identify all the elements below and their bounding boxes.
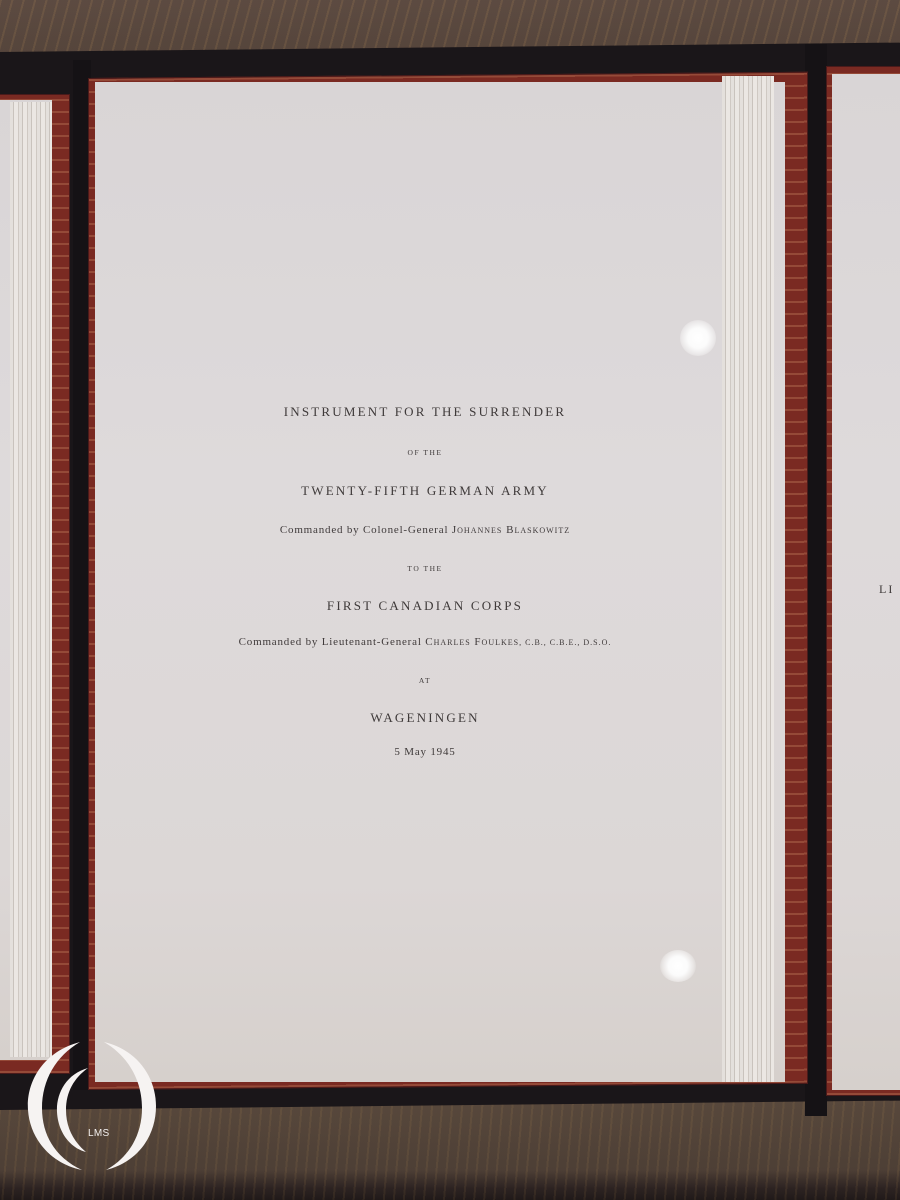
commander-2-line: Commanded by Lieutenant-General Charles … bbox=[120, 636, 730, 648]
army-name: TWENTY-FIFTH GERMAN ARMY bbox=[120, 483, 730, 499]
commander-1-line: Commanded by Colonel-General Johannes Bl… bbox=[120, 524, 730, 536]
to-the-label: TO THE bbox=[120, 564, 730, 573]
right-page-text-fragment: LI bbox=[879, 582, 894, 597]
document-title: INSTRUMENT FOR THE SURRENDER bbox=[120, 404, 730, 420]
document-date: 5 May 1945 bbox=[120, 746, 730, 758]
center-page-edges bbox=[722, 76, 774, 1082]
commander-2-honours: , c.b., c.b.e., d.s.o. bbox=[519, 638, 611, 647]
commander-1-name: Johannes Blaskowitz bbox=[452, 524, 570, 536]
commander-2-prefix: Commanded by Lieutenant-General bbox=[239, 636, 426, 648]
lms-crescent-logo-icon bbox=[22, 1038, 162, 1173]
corps-name: FIRST CANADIAN CORPS bbox=[120, 598, 730, 614]
light-glare-upper bbox=[680, 320, 716, 356]
of-the-label: OF THE bbox=[120, 448, 730, 457]
commander-1-prefix: Commanded by Colonel-General bbox=[280, 524, 452, 536]
at-label: AT bbox=[120, 676, 730, 685]
watermark-text: LMS bbox=[88, 1128, 109, 1139]
left-page-edges bbox=[10, 102, 52, 1057]
light-glare-lower bbox=[660, 950, 696, 982]
place-name: WAGENINGEN bbox=[120, 710, 730, 726]
frame-divider-right bbox=[805, 44, 827, 1116]
commander-2-name: Charles Foulkes bbox=[425, 636, 519, 648]
center-page bbox=[95, 82, 785, 1082]
